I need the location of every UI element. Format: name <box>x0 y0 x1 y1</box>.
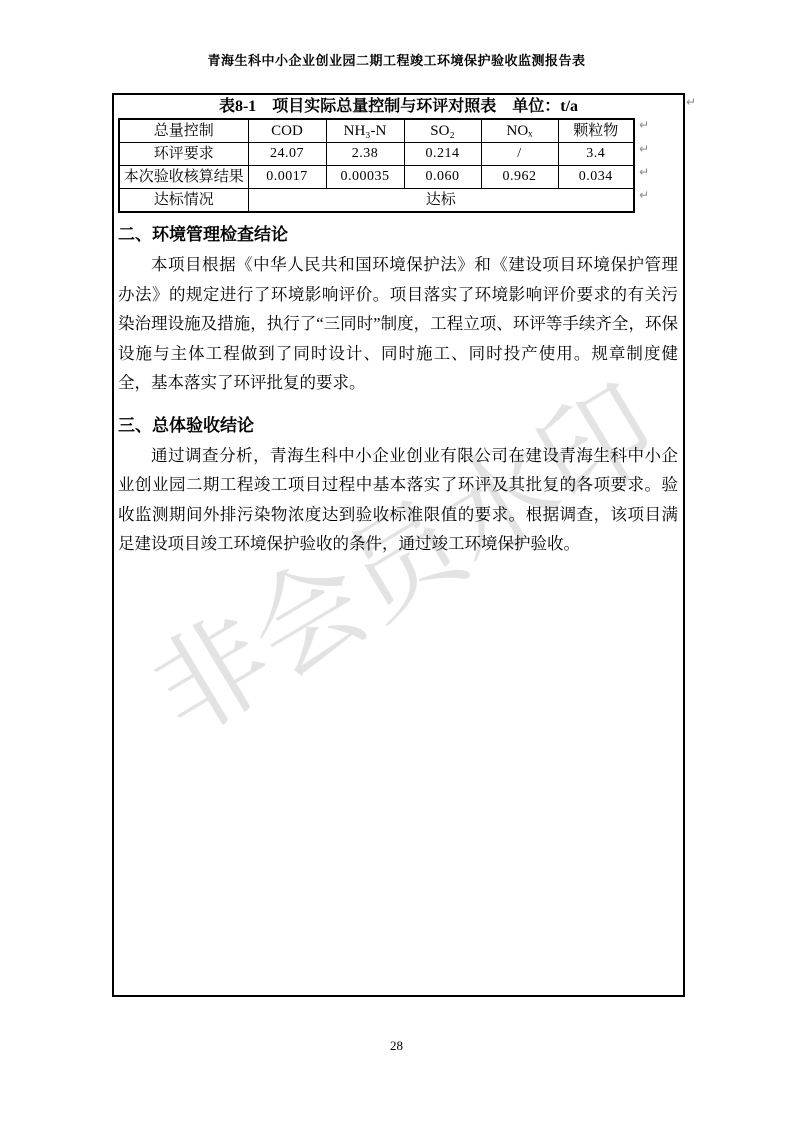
table-cell: 0.060 <box>404 166 481 189</box>
merged-result-cell: 达标 <box>248 189 634 213</box>
section-body-overall-conclusion: 通过调查分析，青海生科中小企业创业有限公司在建设青海生科中小企业创业园二期工程竣… <box>118 441 678 559</box>
table-row: 本次验收核算结果 0.0017 0.00035 0.060 0.962 0.03… <box>119 166 634 189</box>
table-cell: 0.00035 <box>326 166 404 189</box>
table-header-cell: 总量控制 <box>119 119 248 143</box>
document-running-header: 青海生科中小企业创业园二期工程竣工环境保护验收监测报告表 <box>0 50 793 69</box>
paragraph-mark-icon: ↵ <box>639 189 649 201</box>
table-header-cell: 颗粒物 <box>558 119 634 143</box>
section-body-management-check: 本项目根据《中华人民共和国环境保护法》和《建设项目环境保护管理办法》的规定进行了… <box>118 250 678 398</box>
totals-comparison-table: 总量控制 COD NH₃-N SO₂ NOₓ 颗粒物 环评要求 24.07 2.… <box>118 118 635 213</box>
paragraph-mark-icon: ↵ <box>639 166 649 178</box>
table-header-cell: SO₂ <box>404 119 481 143</box>
paragraph-mark-icon: ↵ <box>639 119 649 131</box>
paragraph-mark-icon: ↵ <box>686 96 696 108</box>
table-header-row: 总量控制 COD NH₃-N SO₂ NOₓ 颗粒物 <box>119 119 634 143</box>
table-cell: 3.4 <box>558 143 634 166</box>
table-cell: 24.07 <box>248 143 326 166</box>
table-cell: 0.962 <box>481 166 558 189</box>
table-cell: 2.38 <box>326 143 404 166</box>
table-cell: 0.214 <box>404 143 481 166</box>
paragraph-mark-icon: ↵ <box>639 143 649 155</box>
table-cell: / <box>481 143 558 166</box>
table-cell: 0.034 <box>558 166 634 189</box>
table-cell: 0.0017 <box>248 166 326 189</box>
row-label-cell: 本次验收核算结果 <box>119 166 248 189</box>
section-heading-management-check: 二、环境管理检查结论 <box>118 223 683 247</box>
section-heading-overall-conclusion: 三、总体验收结论 <box>118 414 683 438</box>
document-page: { "page": { "header": "青海生科中小企业创业园二期工程竣工… <box>0 0 793 1122</box>
row-label-cell: 环评要求 <box>119 143 248 166</box>
row-label-cell: 达标情况 <box>119 189 248 213</box>
table-row: 环评要求 24.07 2.38 0.214 / 3.4 <box>119 143 634 166</box>
page-number: 28 <box>0 1038 793 1054</box>
table-row: 达标情况 达标 <box>119 189 634 213</box>
table-title: 表8-1 项目实际总量控制与环评对照表 单位：t/a <box>114 97 683 117</box>
table-header-cell: NH₃-N <box>326 119 404 143</box>
table-header-cell: COD <box>248 119 326 143</box>
report-form-border: 表8-1 项目实际总量控制与环评对照表 单位：t/a 总量控制 COD NH₃-… <box>112 93 685 997</box>
table-header-cell: NOₓ <box>481 119 558 143</box>
